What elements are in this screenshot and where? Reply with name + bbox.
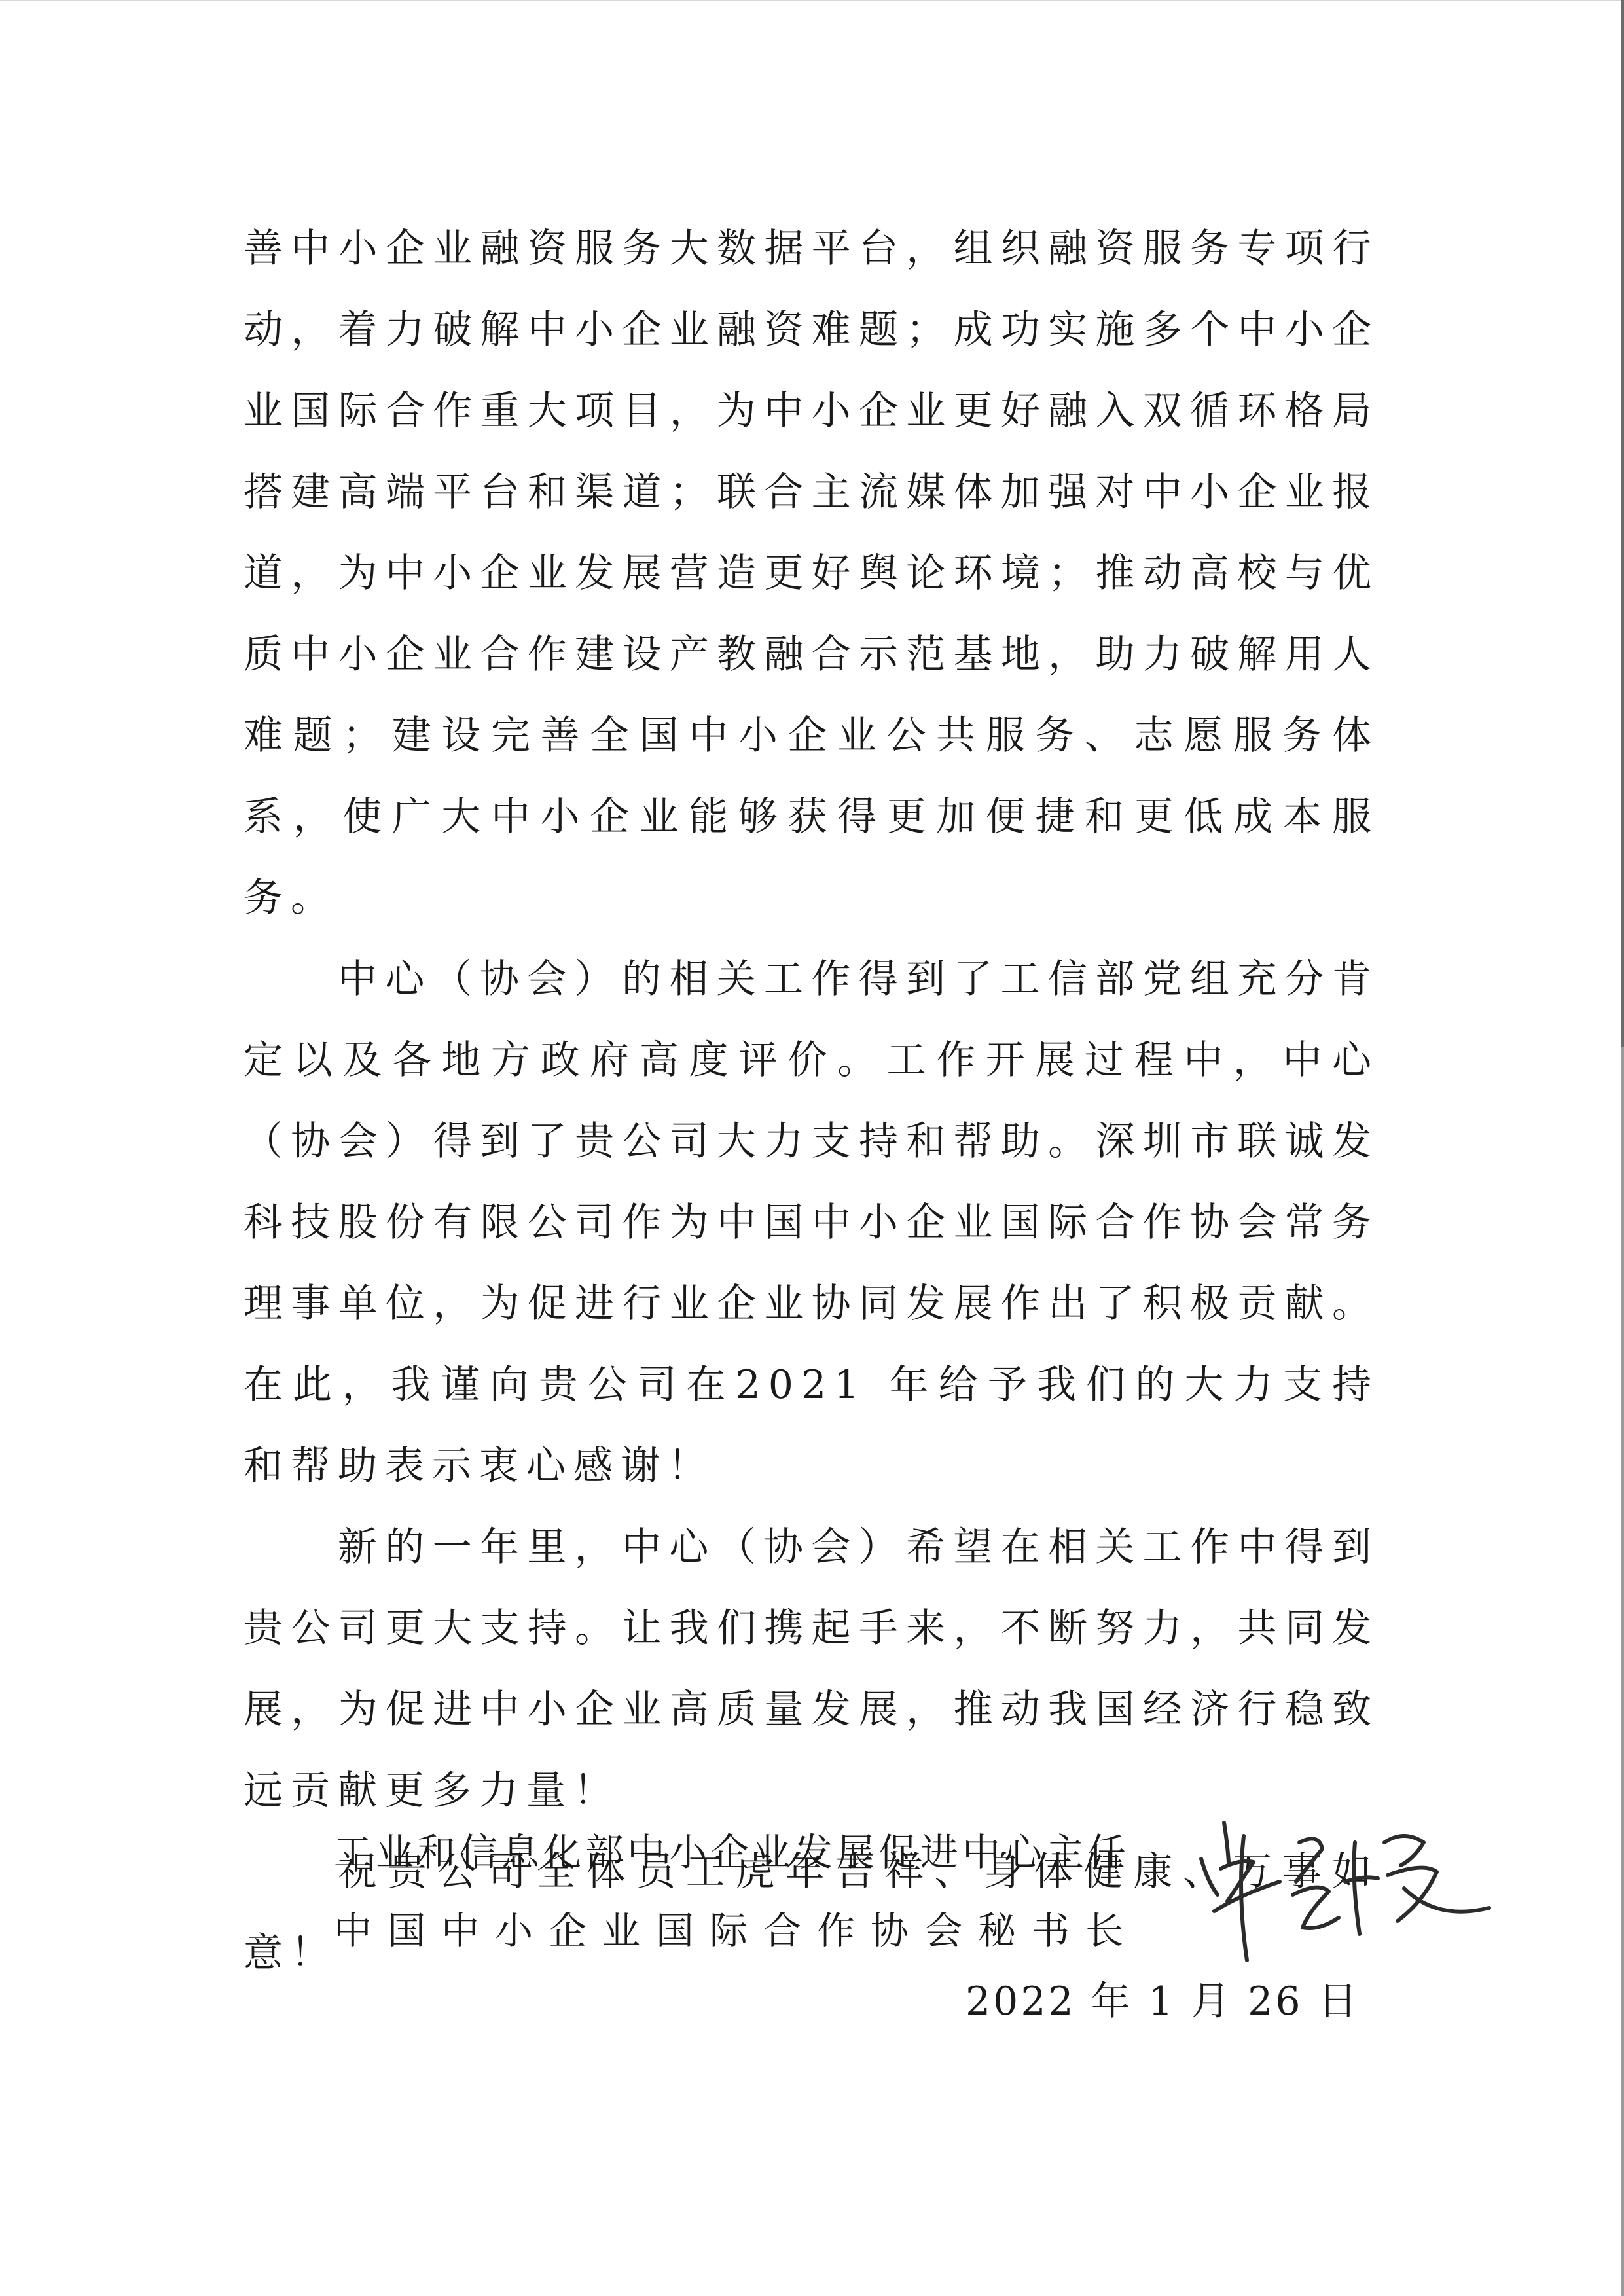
paragraph-3: 新的一年里，中心（协会）希望在相关工作中得到贵公司更大支持。让我们携起手来，不断… <box>244 1507 1379 1831</box>
handwritten-signature-icon <box>1188 1797 1502 1967</box>
paragraph-2: 中心（协会）的相关工作得到了工信部党组充分肯定以及各地方政府高度评价。工作开展过… <box>244 939 1379 1507</box>
signatory-title-1: 工业和信息化部中小企业发展促进中心主任 <box>334 1813 1139 1892</box>
signatory-title-2: 中国中小企业国际合作协会秘书长 <box>334 1892 1139 1970</box>
letter-body: 善中小企业融资服务大数据平台，组织融资服务专项行动，着力破解中小企业融资难题；成… <box>244 208 1379 1994</box>
letter-date: 2022 年 1 月 26 日 <box>965 1970 1360 2026</box>
scan-edge-right <box>1621 0 1624 1047</box>
scan-edge-right-lower <box>1621 1047 1624 2296</box>
paragraph-1: 善中小企业融资服务大数据平台，组织融资服务专项行动，着力破解中小企业融资难题；成… <box>244 208 1379 939</box>
scan-edge-top <box>0 0 1624 1</box>
signature-block: 工业和信息化部中小企业发展促进中心主任 中国中小企业国际合作协会秘书长 <box>334 1813 1139 1970</box>
